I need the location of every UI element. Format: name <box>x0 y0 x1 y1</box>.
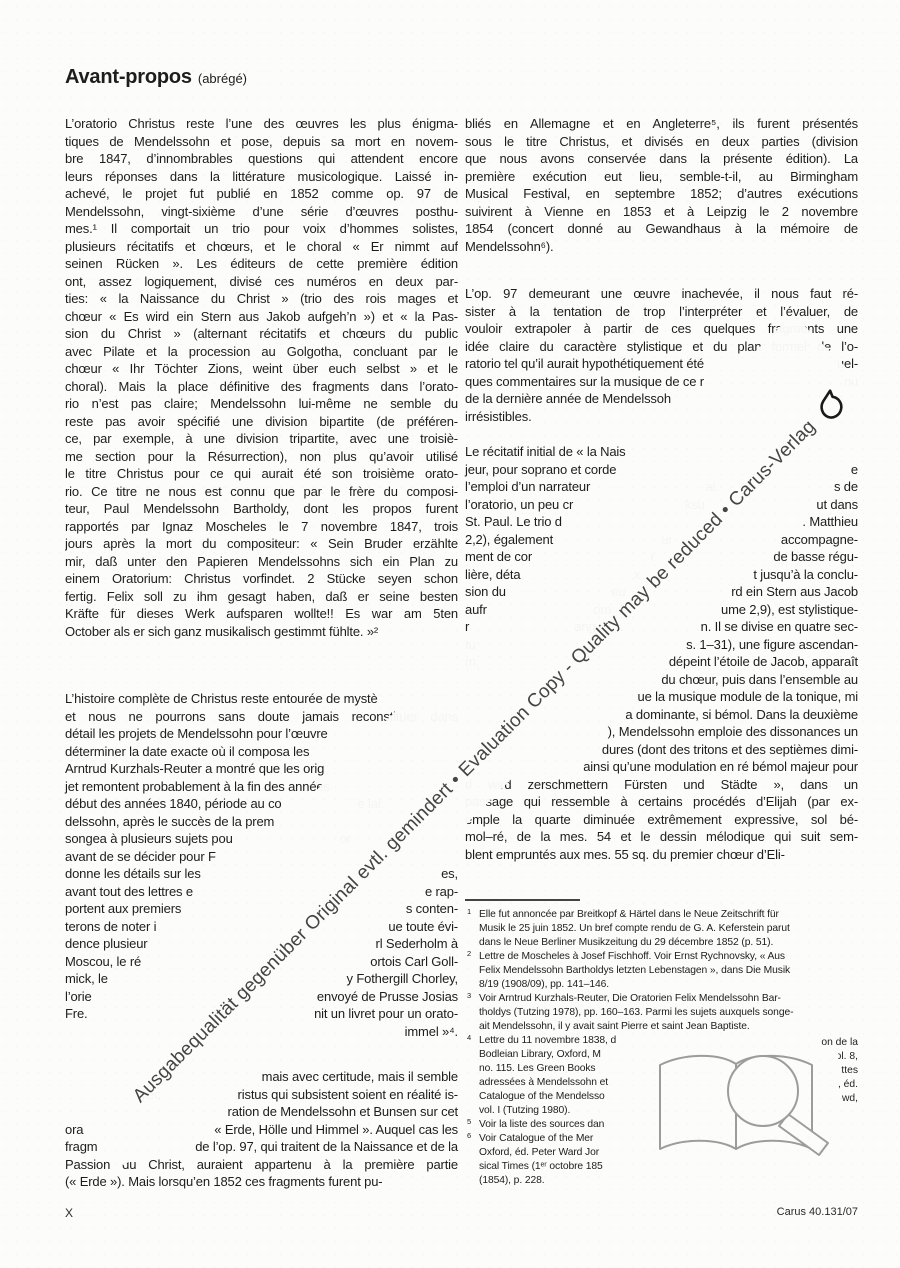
text-line: reste pas avoir spécifié une division bi… <box>65 413 458 431</box>
text-fragment: du chœur, puis dans l’ensemble au <box>661 671 858 689</box>
text-line: ont, assez logiquement, divisé ces numér… <box>65 273 458 291</box>
text-line: seinen Rücken ». Les éditeurs de cette p… <box>65 255 458 273</box>
text-fragment: mais avec certitude, mais il semble <box>262 1068 458 1086</box>
text-line: Kräfte für dieses Werk aufsparen wollte!… <box>65 605 458 623</box>
footnote-line: Musik le 25 juin 1852. Un bref compte re… <box>479 922 858 936</box>
text-fragment: portent aux premiers <box>65 900 181 918</box>
text-line: avec Pilate et la procession au Golgotha… <box>65 343 458 361</box>
text-line: chœur « Es wird ein Stern aus Jakob aufg… <box>65 308 458 326</box>
text-fragment: l’oratorio, un peu cr <box>465 496 573 514</box>
footnote-line: Lettre du 11 novembre 1838, d <box>479 1034 858 1048</box>
text-fragment: aufr <box>465 601 487 619</box>
text-fragment: a dominante, si bémol. Dans la deuxième <box>625 706 858 724</box>
text-fragment: r <box>465 618 469 636</box>
footnote-separator <box>465 899 580 901</box>
text-fragment: ue la musique module de la tonique, mi <box>638 688 859 706</box>
text-fragment: s. 1–31), une figure ascendan- <box>686 636 858 654</box>
footnote-number: 1 <box>467 907 471 916</box>
footnote-item: 3Voir Arntrud Kurzhals-Reuter, Die Orato… <box>465 992 858 1034</box>
text-line: blent empruntés aux mes. 55 sq. du premi… <box>465 846 858 864</box>
text-line: que nous avons conservée dans la présent… <box>465 150 858 168</box>
text-fragment: sion du <box>465 583 506 601</box>
text-fragment: avant tout des lettres e <box>65 883 193 901</box>
footnote-line: Elle fut annoncée par Breitkopf & Härtel… <box>479 908 858 922</box>
footnote-number: 4 <box>467 1033 471 1042</box>
footnote-item: 2Lettre de Moscheles à Josef Fischhoff. … <box>465 950 858 992</box>
text-fragment: s conten- <box>406 900 458 918</box>
text-line: bliés en Allemagne et en Angleterre⁵, il… <box>465 115 858 133</box>
text-line: mir, daß unter den Papieren Mendelssohns… <box>65 553 458 571</box>
text-line: mes.¹ Il comportait un trio pour voix d’… <box>65 220 458 238</box>
text-fragment: de basse régu- <box>773 548 858 566</box>
text-line: sister à la tentation de trop l’interpré… <box>465 303 858 321</box>
text-line: ties: « la Naissance du Christ » (trio d… <box>65 290 458 308</box>
text-fragment: donne les détails sur les <box>65 865 201 883</box>
text-fragment: Fre. <box>65 1005 88 1023</box>
text-fragment: ment de cor <box>465 548 532 566</box>
right-column-paragraph-1: bliés en Allemagne et en Angleterre⁵, il… <box>465 115 858 255</box>
scanned-page: Avant-propos(abrégé) L’oratorio Christus… <box>0 0 900 1268</box>
text-line: chœur « Ihr Töchter Zions, weint über eu… <box>65 360 458 378</box>
text-fragment: ratorio tel qu’il aurait hypothétiquemen… <box>465 355 704 373</box>
carus-logo-glyph-icon <box>812 388 849 425</box>
text-fragment: ques commentaires sur la musique de ce r <box>465 373 704 391</box>
text-line: le titre Christus pour ce qui aurait été… <box>65 465 458 483</box>
text-line: fertig. Felix soll zu ihm gesagt haben, … <box>65 588 458 606</box>
text-fragment: ut dans <box>816 496 858 514</box>
text-fragment: « Erde, Hölle und Himmel ». Auquel cas l… <box>214 1121 458 1139</box>
footnote-number: 6 <box>467 1131 471 1140</box>
text-fragment: Moscou, le ré <box>65 953 141 971</box>
text-line: rio n’est pas claire; Mendelssohn lui-mê… <box>65 395 458 413</box>
text-fragment: l’emploi d’un narrateur <box>465 478 590 496</box>
book-magnifier-logo <box>642 1048 838 1170</box>
footnote-line: Lettre de Moscheles à Josef Fischhoff. V… <box>479 950 858 964</box>
text-line: teur, Paul Mendelssohn Bartholdy, dont l… <box>65 500 458 518</box>
text-line: me section pour la Résurrection), non pl… <box>65 448 458 466</box>
footnote-line: dans le Neue Berliner Musikzeitung du 29… <box>479 936 858 950</box>
text-fragment: n. Il se divise en quatre sec- <box>701 618 858 636</box>
text-line: L’histoire complète de Christus reste en… <box>65 690 458 708</box>
text-fragment: ristus qui subsistent soient en réalité … <box>238 1086 458 1104</box>
text-fragment: ume 2,9), est stylistique- <box>721 601 858 619</box>
text-line: leurs réponses dans la littérature music… <box>65 168 458 186</box>
text-fragment: nit un livret pour un orato- <box>314 1005 458 1023</box>
footnote-line: Felix Mendelssohn Bartholdys letzten Leb… <box>479 964 858 978</box>
text-line: emple la quarte diminuée extrêmement exp… <box>465 811 858 829</box>
text-line: bre 1847, d’innombrables questions qui a… <box>65 150 458 168</box>
text-fragment: ainsi qu’une modulation en ré bémol maje… <box>583 758 858 776</box>
text-fragment: rl Sederholm à <box>376 935 458 953</box>
text-fragment: accompagne- <box>781 531 858 549</box>
text-line: tiques de Mendelssohn et pose, depuis sa… <box>65 133 458 151</box>
text-line: mol–ré, de la mes. 54 et le dessin mélod… <box>465 828 858 846</box>
text-line: rio. Ce titre ne nous est connu que par … <box>65 483 458 501</box>
text-fragment: lière, déta <box>465 566 520 584</box>
text-fragment: e rap- <box>425 883 458 901</box>
text-line: October als er sich ganz musikalisch ges… <box>65 623 458 641</box>
text-fragment: s de <box>834 478 858 496</box>
text-line: Musical Festival, en septembre 1852; d’a… <box>465 185 858 203</box>
text-line: choral). Mais la place définitive des fr… <box>65 378 458 396</box>
text-fragment: St. Paul. Le trio d <box>465 513 562 531</box>
text-line: première exécution eut lieu, semble-t-il… <box>465 168 858 186</box>
text-line: rapportés par Ignaz Moscheles le 7 novem… <box>65 518 458 536</box>
footnote-line: tholdys (Tutzing 1978), pp. 160–163. Par… <box>479 1006 858 1020</box>
text-line: 1854 (concert donné au Gewandhaus à la m… <box>465 220 858 238</box>
footer-page-number: X <box>65 1206 73 1220</box>
text-line: suivirent à Vienne en 1853 et à Leipzig … <box>465 203 858 221</box>
footnote-line: Voir Arntrud Kurzhals-Reuter, Die Orator… <box>479 992 858 1006</box>
text-fragment: immel »⁴. <box>405 1023 458 1041</box>
text-line: ce, par exemple, à une division triparti… <box>65 430 458 448</box>
text-fragment: ration de Mendelssohn et Bunsen sur cet <box>228 1103 458 1121</box>
page-header: Avant-propos(abrégé) <box>65 66 247 89</box>
text-line: Mendelssohn, vingt-sixième d’une série d… <box>65 203 458 221</box>
text-line: (« Erde »). Mais lorsqu’en 1852 ces frag… <box>65 1173 458 1191</box>
footnote-line: (1854), p. 228. <box>479 1174 858 1188</box>
text-line: Mendelssohn⁶). <box>465 238 858 256</box>
text-fragment: dures (dont des tritons et des septièmes… <box>602 741 858 759</box>
text-fragment: songea à plusieurs sujets pou <box>65 830 233 848</box>
text-line: sion du Christ » (alternant récitatifs e… <box>65 325 458 343</box>
text-fragment: dépeint l’étoile de Jacob, apparaît <box>669 653 858 671</box>
footnote-number: 5 <box>467 1117 471 1126</box>
text-line: achevé, le projet fut publié en 1852 com… <box>65 185 458 203</box>
footnote-item: 1Elle fut annoncée par Breitkopf & Härte… <box>465 908 858 950</box>
text-fragment: t jusqu’à la conclu- <box>753 566 858 584</box>
text-fragment: y Fothergill Chorley, <box>347 970 458 988</box>
text-fragment: mick, le <box>65 970 108 988</box>
text-fragment: ue toute évi- <box>388 918 458 936</box>
text-fragment: rd ein Stern aus Jacob <box>731 583 858 601</box>
text-fragment: début des années 1840, période au co <box>65 795 282 813</box>
text-line: einem Oratorium: Christus vorfindet. 2 S… <box>65 570 458 588</box>
footnote-number: 2 <box>467 949 471 958</box>
footer-catalog-number: Carus 40.131/07 <box>777 1206 858 1218</box>
page-title: Avant-propos <box>65 66 192 88</box>
book-magnifier-icon <box>642 1048 838 1170</box>
text-line: L’op. 97 demeurant une œuvre inachevée, … <box>465 285 858 303</box>
text-fragment: de l’op. 97, qui traitent de la Naissanc… <box>195 1138 458 1156</box>
text-fragment: l’orie <box>65 988 92 1006</box>
footnote-line: ait Mendelssohn, il y avait saint Pierre… <box>479 1020 858 1034</box>
text-line: jours après la mort du compositeur: « Se… <box>65 535 458 553</box>
text-line: plusieurs récitatifs et chœurs, et le ch… <box>65 238 458 256</box>
footnote-number: 3 <box>467 991 471 1000</box>
text-fragment: ), Mendelssohn emploie des dissonances u… <box>608 723 858 741</box>
footnote-line: 8/19 (1908/09), pp. 141–146. <box>479 978 858 992</box>
text-fragment: e <box>851 461 858 479</box>
text-fragment: . Matthieu <box>802 513 858 531</box>
text-fragment: jeur, pour soprano et corde <box>465 461 616 479</box>
text-line: d wird zerschmettern Fürsten und Städte … <box>465 776 858 794</box>
text-fragment: es, <box>441 865 458 883</box>
text-fragment: fragm <box>65 1138 97 1156</box>
page-subtitle: (abrégé) <box>198 71 247 86</box>
page-footer: X Carus 40.131/07 <box>0 1206 900 1226</box>
text-fragment: ortois Carl Goll- <box>370 953 458 971</box>
text-line: sous le titre Christus, et divisés en de… <box>465 133 858 151</box>
text-fragment: 2,2), également <box>465 531 553 549</box>
text-fragment: terons de noter i <box>65 918 156 936</box>
text-line: passage qui ressemble à certains procédé… <box>465 793 858 811</box>
left-column-paragraph-1: L’oratorio Christus reste l’une des œuvr… <box>65 115 458 640</box>
text-fragment: dence plusieur <box>65 935 147 953</box>
text-line: L’oratorio Christus reste l’une des œuvr… <box>65 115 458 133</box>
text-fragment: envoyé de Prusse Josias <box>317 988 458 1006</box>
